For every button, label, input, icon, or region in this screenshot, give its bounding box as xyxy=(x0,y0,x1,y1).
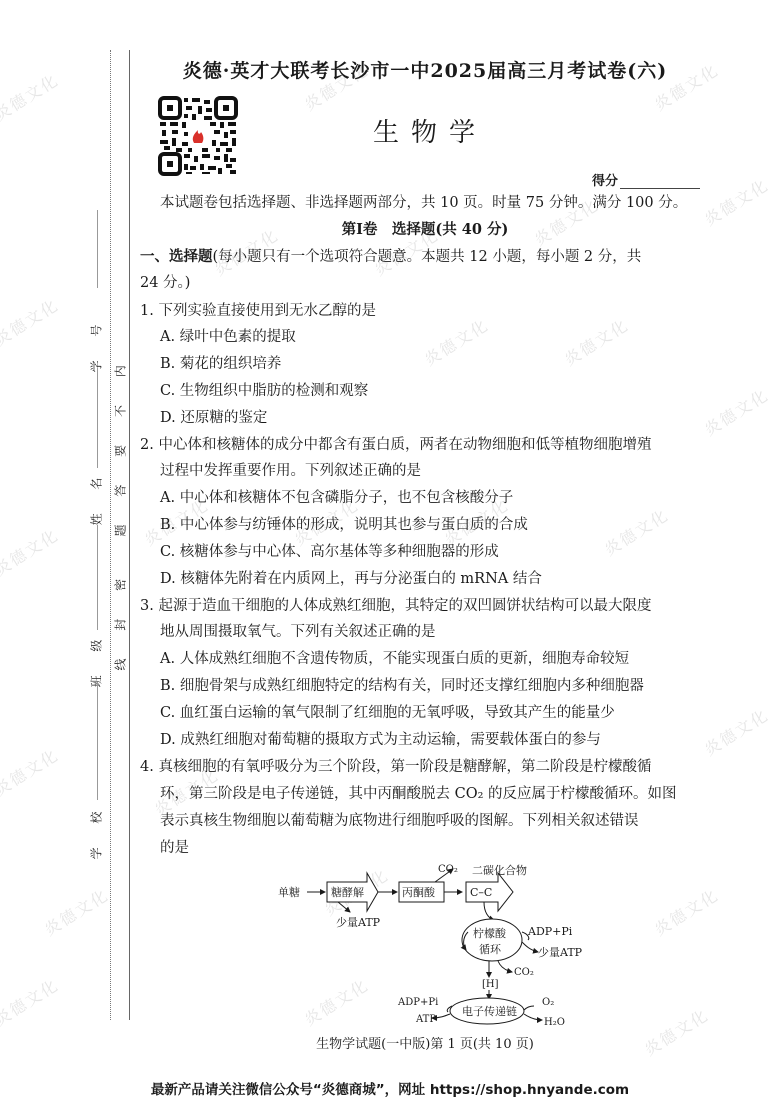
diagram-co2-1: CO₂ xyxy=(438,864,458,875)
section-heading: 一、选择题(每小题只有一个选项符合题意。本题共 12 小题，每小题 2 分，共 xyxy=(140,247,641,267)
question-3-option-d: D. 成熟红细胞对葡萄糖的摄取方式为主动运输，需要载体蛋白的参与 xyxy=(160,730,601,750)
question-1-option-d: D. 还原糖的鉴定 xyxy=(160,408,267,428)
watermark: 炎德文化 xyxy=(419,313,492,371)
watermark: 炎德文化 xyxy=(699,703,772,761)
question-2-option-d: D. 核糖体先附着在内质网上，再与分泌蛋白的 mRNA 结合 xyxy=(160,569,542,589)
diagram-small-atp-2: 少量ATP xyxy=(538,945,583,959)
watermark: 炎德文化 xyxy=(0,523,63,581)
question-4-stem-cont-3: 的是 xyxy=(160,838,189,858)
watermark: 炎德文化 xyxy=(699,383,772,441)
score-label: 得分 xyxy=(592,174,618,189)
question-1-option-a: A. 绿叶中色素的提取 xyxy=(160,327,296,347)
question-1-stem: 1. 下列实验直接使用到无水乙醇的是 xyxy=(140,301,376,321)
question-4-stem-cont-1: 环，第三阶段是电子传递链，其中丙酮酸脱去 CO₂ 的反应属于柠檬酸循环。如图 xyxy=(160,784,677,804)
watermark: 炎德文化 xyxy=(0,973,63,1031)
watermark: 炎德文化 xyxy=(39,883,112,941)
diagram-citric-line1: 柠檬酸 xyxy=(473,926,507,940)
exam-instructions: 本试题卷包括选择题、非选择题两部分，共 10 页。时量 75 分钟。满分 100… xyxy=(160,193,687,213)
qr-code-icon xyxy=(158,96,238,176)
question-4-stem: 4. 真核细胞的有氧呼吸分为三个阶段，第一阶段是糖酵解，第二阶段是柠檬酸循 xyxy=(140,757,651,777)
question-2-stem-cont: 过程中发挥重要作用。下列叙述正确的是 xyxy=(160,461,421,481)
seal-warning-upper: 题 答 要 不 内 xyxy=(112,377,129,537)
seal-warning-lower: 线 封 密 xyxy=(112,571,129,671)
section-note: (每小题只有一个选项符合题意。本题共 12 小题，每小题 2 分，共 xyxy=(213,249,642,265)
student-id-rule xyxy=(97,210,98,288)
diagram-citric-line2: 循环 xyxy=(479,943,502,956)
respiration-diagram: 单糖 糖酵解 少量ATP 丙酮酸 CO₂ 二碳化合物 C–C 柠檬酸 循环 AD… xyxy=(270,860,600,1030)
page-footer: 生物学试题(一中版)第 1 页(共 10 页) xyxy=(200,1033,650,1052)
question-2-option-a: A. 中心体和核糖体不包含磷脂分子，也不包含核酸分子 xyxy=(160,488,513,508)
question-1-option-b: B. 菊花的组织培养 xyxy=(160,354,281,374)
question-1-option-c: C. 生物组织中脂肪的检测和观察 xyxy=(160,381,368,401)
diagram-two-carbon-label: 二碳化合物 xyxy=(472,863,527,877)
question-4-stem-cont-2: 表示真核生物细胞以葡萄糖为底物进行细胞呼吸的图解。下列相关叙述错误 xyxy=(160,811,639,831)
student-id-label: 学 号 xyxy=(88,314,105,374)
diagram-glycolysis: 糖酵解 xyxy=(331,885,364,899)
subject-title: 生物学 xyxy=(330,112,530,149)
part-title: 第Ⅰ卷 选择题(共 40 分) xyxy=(140,220,710,240)
class-rule xyxy=(97,525,98,630)
question-2-stem: 2. 中心体和核糖体的成分中都含有蛋白质，两者在动物细胞和低等植物细胞增殖 xyxy=(140,435,651,455)
question-3-option-b: B. 细胞骨架与成熟红细胞特定的结构有关，同时还支撑红细胞内多种细胞器 xyxy=(160,676,644,696)
watermark: 炎德文化 xyxy=(0,293,63,351)
diagram-o2: O₂ xyxy=(542,997,554,1008)
question-3-option-a: A. 人体成熟红细胞不含遗传物质，不能实现蛋白质的更新，细胞寿命较短 xyxy=(160,649,629,669)
diagram-input: 单糖 xyxy=(278,885,300,899)
diagram-adp-pi-2: ADP+Pi xyxy=(397,997,438,1008)
question-3-stem-cont: 地从周围摄取氧气。下列有关叙述正确的是 xyxy=(160,622,436,642)
watermark: 炎德文化 xyxy=(0,743,63,801)
question-3-stem: 3. 起源于造血干细胞的人体成熟红细胞，其特定的双凹圆饼状结构可以最大限度 xyxy=(140,596,651,616)
question-2-option-c: C. 核糖体参与中心体、高尔基体等多种细胞器的形成 xyxy=(160,542,499,562)
diagram-etc: 电子传递链 xyxy=(462,1004,517,1018)
watermark: 炎德文化 xyxy=(649,883,722,941)
watermark: 炎德文化 xyxy=(0,68,63,126)
diagram-two-carbon: C–C xyxy=(470,886,492,899)
section-head-label: 一、选择题 xyxy=(140,248,213,265)
diagram-h2o: H₂O xyxy=(544,1017,565,1028)
diagram-co2-2: CO₂ xyxy=(514,967,534,978)
school-rule xyxy=(97,682,98,800)
question-2-option-b: B. 中心体参与纺锤体的形成，说明其也参与蛋白质的合成 xyxy=(160,515,528,535)
diagram-small-atp-1: 少量ATP xyxy=(336,915,381,929)
exam-title: 炎德·英才大联考长沙市一中2025届高三月考试卷(六) xyxy=(150,56,700,83)
promo-banner: 最新产品请关注微信公众号“炎德商城”，网址 https://shop.hnyan… xyxy=(0,1078,780,1098)
watermark: 炎德文化 xyxy=(639,1003,712,1061)
diagram-atp: ATP xyxy=(415,1014,436,1025)
watermark: 炎德文化 xyxy=(699,173,772,231)
margin-solid-line xyxy=(129,50,130,1020)
score-blank[interactable] xyxy=(620,176,700,189)
diagram-h: [H] xyxy=(482,979,499,990)
score-field: 得分 xyxy=(592,170,700,189)
name-label: 姓 名 xyxy=(88,467,105,527)
watermark: 炎德文化 xyxy=(599,503,672,561)
name-rule xyxy=(97,368,98,468)
diagram-pyruvate: 丙酮酸 xyxy=(402,885,436,899)
diagram-adp-pi-1: ADP+Pi xyxy=(527,925,573,938)
class-label: 班 级 xyxy=(88,629,105,689)
section-note-cont: 24 分。) xyxy=(140,273,190,293)
watermark: 炎德文化 xyxy=(559,313,632,371)
question-3-option-c: C. 血红蛋白运输的氧气限制了红细胞的无氧呼吸，导致其产生的能量少 xyxy=(160,703,615,723)
school-label: 学 校 xyxy=(88,801,105,861)
